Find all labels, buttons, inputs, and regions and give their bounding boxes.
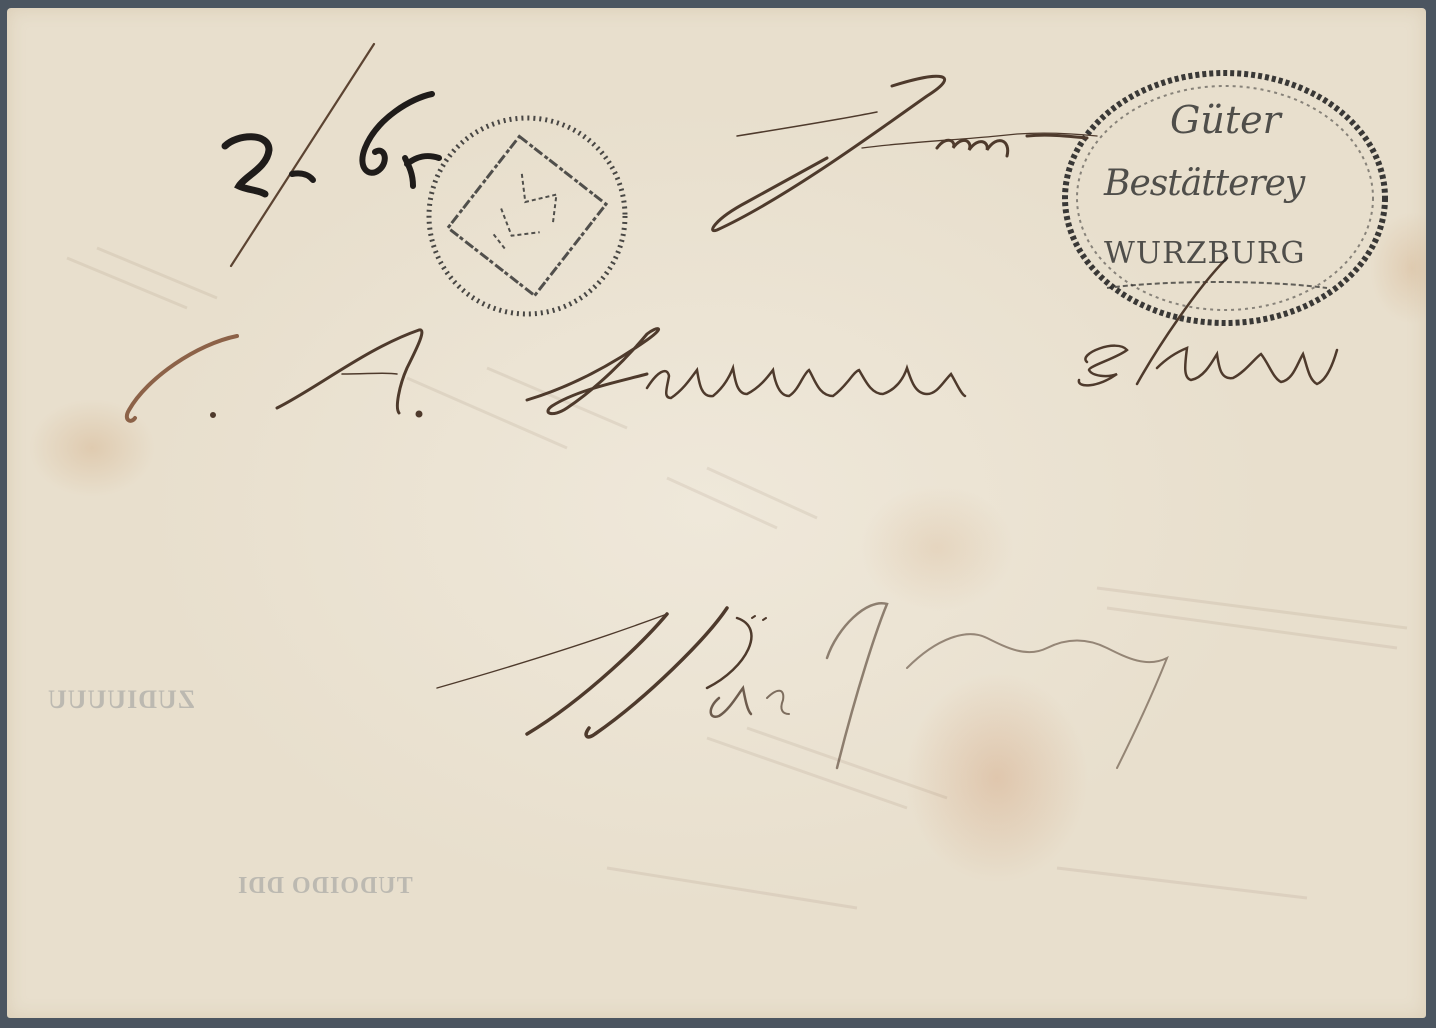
- letter-cover: Güter Bestätterey WURZBURG ZUDIUUUU TUDO…: [7, 8, 1426, 1018]
- address-city: [437, 603, 1167, 768]
- oval-postmark-line3: WURZBURG: [1104, 236, 1305, 271]
- show-through-line-2: TUDOIDO DDI: [237, 873, 413, 900]
- oval-postmark-line1: Güter: [1170, 98, 1281, 142]
- oval-postmark-line2: Bestätterey: [1104, 163, 1304, 204]
- show-through-line-1: ZUDIUUUU: [47, 685, 195, 715]
- ink-layer: [7, 8, 1426, 1018]
- rate-marking: [225, 44, 439, 266]
- circular-postmark: [429, 118, 625, 314]
- show-through-strokes: [67, 248, 1407, 908]
- salutation-herrn: [713, 76, 1097, 230]
- address-recipient: [127, 258, 1337, 421]
